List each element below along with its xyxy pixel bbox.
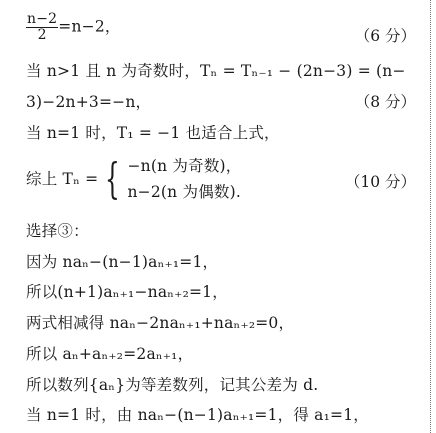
text-line-9: 两式相减得 naₙ−2naₙ₊₁+naₙ₊₂=0， [26, 313, 294, 333]
text-line-7: 因为 naₙ−(n−1)aₙ₊₁=1， [26, 252, 218, 272]
score-10: （10 分） [345, 172, 416, 192]
text-line-12: 当 n=1 时，由 naₙ−(n−1)aₙ₊₁=1，得 a₁=1， [26, 405, 369, 425]
piecewise-line: 综上 Tₙ = { −n(n 为奇数)， n−2(n 为偶数). [26, 153, 241, 205]
text-line-10: 所以 aₙ+aₙ₊₂=2aₙ₊₁， [26, 344, 193, 364]
text-line-2: 当 n>1 且 n 为奇数时，Tₙ = Tₙ₋₁ − (2n−3) = (n− [26, 61, 406, 81]
text-line-8: 所以(n+1)aₙ₊₁−naₙ₊₂=1， [26, 282, 228, 302]
text-line-11: 所以数列{aₙ}为等差数列，记其公差为 d. [26, 375, 318, 395]
equation-tail: =n−2， [58, 18, 120, 36]
score-6: （6 分） [355, 26, 416, 46]
equation-line-1: n−2 2 =n−2， [26, 12, 121, 43]
fraction-denominator: 2 [26, 28, 58, 43]
text-line-3: 3)−2n+3=−n， [26, 92, 151, 112]
piecewise-cases: −n(n 为奇数)， n−2(n 为偶数). [128, 153, 242, 205]
text-line-4: 当 n=1 时，T₁ = −1 也适合上式， [26, 123, 280, 143]
fraction: n−2 2 [26, 12, 58, 43]
dotted-margin-line [430, 0, 431, 433]
case-odd: −n(n 为奇数)， [128, 153, 242, 179]
piecewise-prefix: 综上 Tₙ = [26, 170, 98, 188]
fraction-numerator: n−2 [26, 12, 58, 28]
text-line-6: 选择③： [26, 221, 89, 241]
left-brace: { [105, 158, 120, 200]
score-8: （8 分） [355, 92, 416, 112]
case-even: n−2(n 为偶数). [128, 179, 242, 205]
solution-page: n−2 2 =n−2， （6 分） 当 n>1 且 n 为奇数时，Tₙ = Tₙ… [0, 0, 436, 433]
